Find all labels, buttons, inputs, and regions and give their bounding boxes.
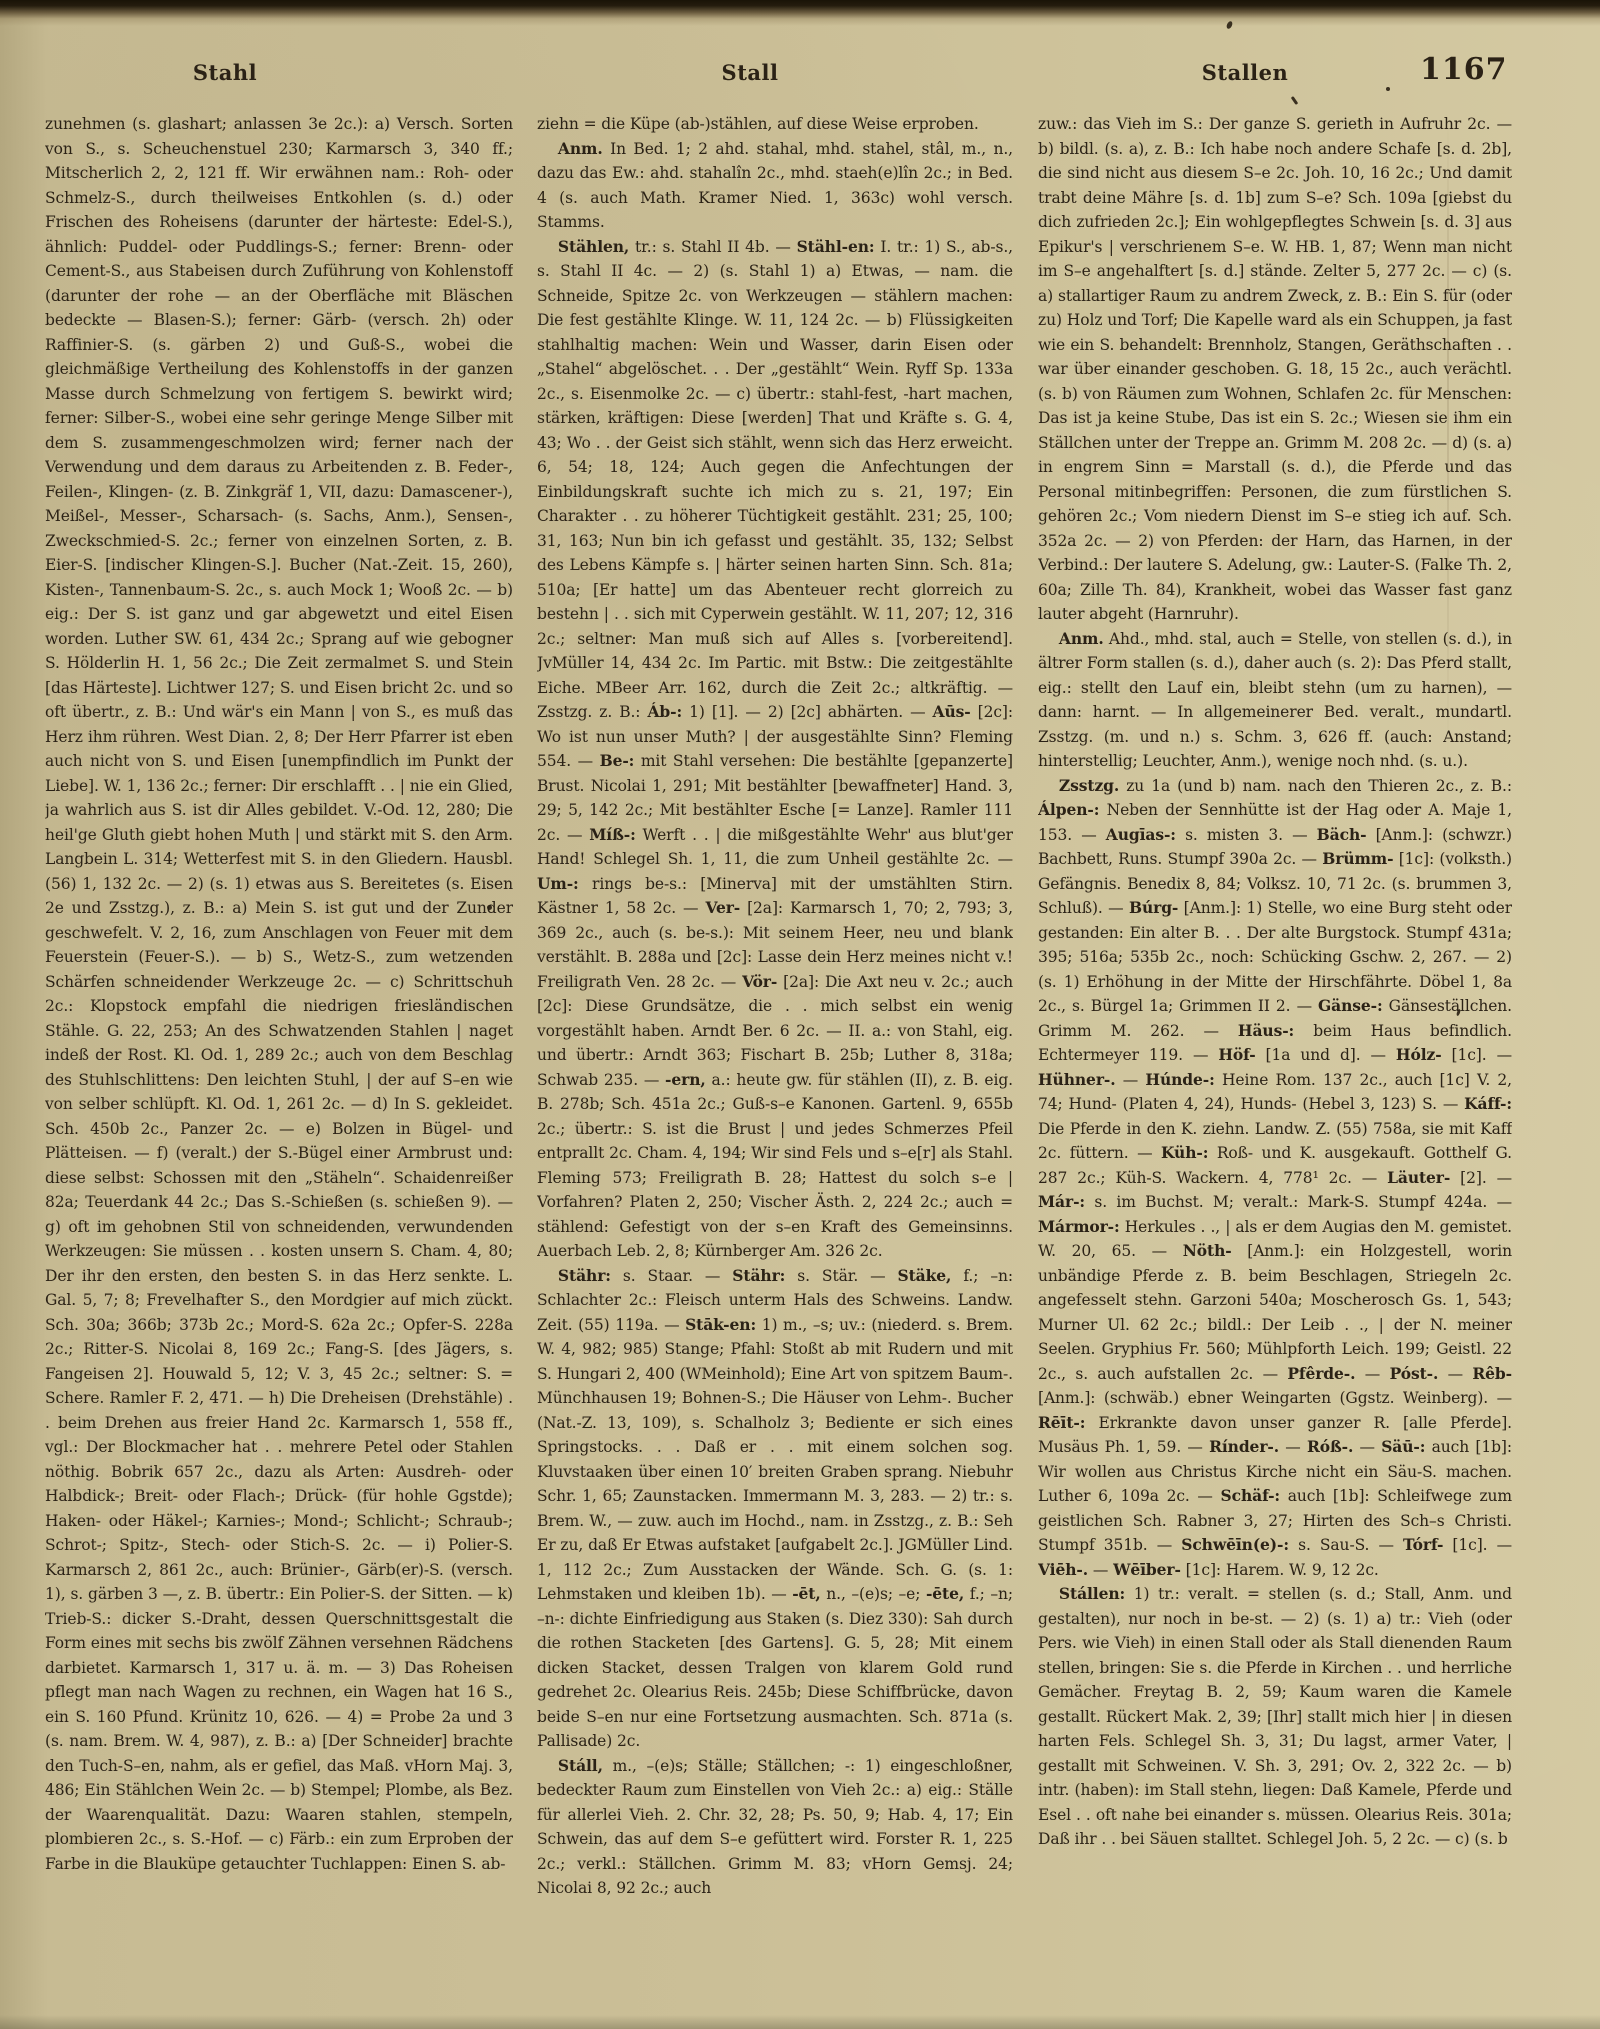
dictionary-paragraph: Anm. In Bed. 1; 2 ahd. stahal, mhd. stah… bbox=[537, 137, 1013, 235]
dictionary-paragraph: Stählen, tr.: s. Stahl II 4b. — Stähl-en… bbox=[537, 235, 1013, 1264]
scanned-dictionary-page: Stahl Stall Stallen 1167 zunehmen (s. gl… bbox=[0, 0, 1600, 2029]
ink-speck bbox=[1386, 87, 1390, 91]
scan-edge-bottom bbox=[0, 2015, 1600, 2029]
page-number: 1167 bbox=[1420, 52, 1508, 87]
dictionary-paragraph: Zsstzg. zu 1a (und b) nam. nach den Thie… bbox=[1038, 774, 1512, 1583]
dictionary-paragraph: Stähr: s. Staar. — Stähr: s. Stär. — Stä… bbox=[537, 1264, 1013, 1754]
scan-edge-top bbox=[0, 0, 1600, 26]
text-column-middle: ziehn = die Küpe (ab-)stählen, auf diese… bbox=[537, 112, 1013, 1898]
dictionary-paragraph: zunehmen (s. glashart; anlassen 3e 2c.):… bbox=[45, 112, 513, 1876]
text-column-right: zuw.: das Vieh im S.: Der ganze S. gerie… bbox=[1038, 112, 1512, 1898]
dictionary-paragraph: ziehn = die Küpe (ab-)stählen, auf diese… bbox=[537, 112, 1013, 137]
dictionary-paragraph: Stállen: 1) tr.: veralt. = stellen (s. d… bbox=[1038, 1582, 1512, 1852]
ink-speck bbox=[1291, 96, 1299, 105]
running-head-left: Stahl bbox=[193, 60, 257, 85]
text-column-left: zunehmen (s. glashart; anlassen 3e 2c.):… bbox=[45, 112, 513, 1898]
dictionary-paragraph: zuw.: das Vieh im S.: Der ganze S. gerie… bbox=[1038, 112, 1512, 627]
dictionary-paragraph: Stáll, m., –(e)s; Ställe; Ställchen; -: … bbox=[537, 1754, 1013, 1899]
running-head-right: Stallen bbox=[1202, 60, 1289, 85]
running-head-center: Stall bbox=[722, 60, 779, 85]
dictionary-paragraph: Anm. Ahd., mhd. stal, auch = Stelle, von… bbox=[1038, 627, 1512, 774]
